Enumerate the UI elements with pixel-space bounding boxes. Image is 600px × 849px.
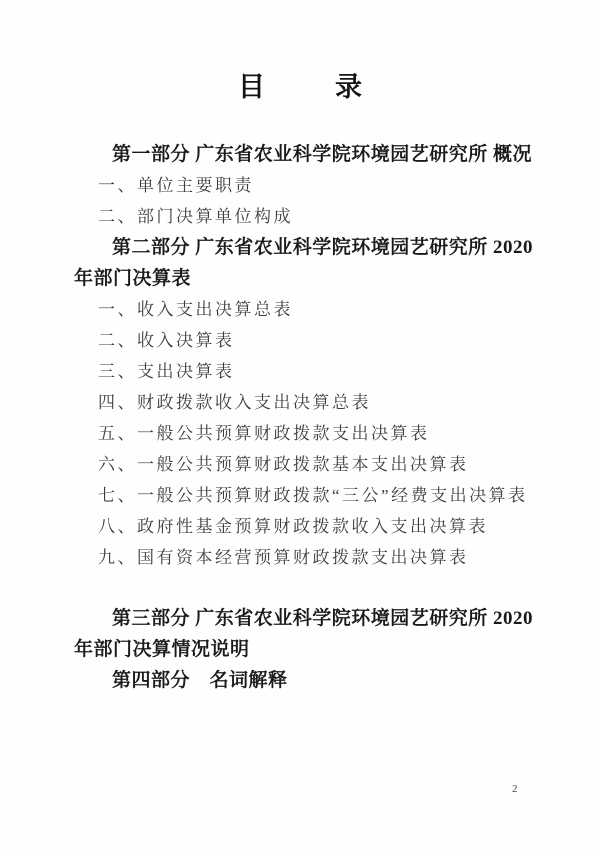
toc-entry: 三、支出决算表 [74, 356, 542, 387]
toc-entry: 九、国有资本经营预算财政拨款支出决算表 [74, 542, 542, 573]
page-number: 2 [512, 782, 518, 796]
table-of-contents: 第一部分 广东省农业科学院环境园艺研究所 概况 一、单位主要职责 二、部门决算单… [74, 139, 542, 696]
toc-entry: 一、单位主要职责 [74, 170, 542, 201]
title-char-left: 目 [238, 71, 265, 103]
toc-entry-part3-heading: 第三部分 广东省农业科学院环境园艺研究所 2020 [74, 603, 542, 634]
toc-entry-part1-heading: 第一部分 广东省农业科学院环境园艺研究所 概况 [74, 139, 542, 170]
page-title: 目 录 [0, 0, 600, 103]
toc-entry-part3-heading-2: 年部门决算情况说明 [74, 634, 542, 665]
document-page: 目 录 第一部分 广东省农业科学院环境园艺研究所 概况 一、单位主要职责 二、部… [0, 0, 600, 849]
toc-entry-part2-heading: 第二部分 广东省农业科学院环境园艺研究所 2020 [74, 232, 542, 263]
toc-entry: 七、一般公共预算财政拨款“三公”经费支出决算表 [74, 480, 542, 511]
toc-entry: 一、收入支出决算总表 [74, 294, 542, 325]
toc-entry: 五、一般公共预算财政拨款支出决算表 [74, 418, 542, 449]
title-char-right: 录 [335, 71, 362, 103]
toc-entry: 八、政府性基金预算财政拨款收入支出决算表 [74, 511, 542, 542]
toc-entry: 二、部门决算单位构成 [74, 201, 542, 232]
toc-entry-part2-heading-2: 年部门决算表 [74, 263, 542, 294]
toc-entry: 二、收入决算表 [74, 325, 542, 356]
toc-entry-part4-heading: 第四部分 名词解释 [74, 665, 542, 696]
toc-entry: 六、一般公共预算财政拨款基本支出决算表 [74, 449, 542, 480]
toc-entry: 四、财政拨款收入支出决算总表 [74, 387, 542, 418]
